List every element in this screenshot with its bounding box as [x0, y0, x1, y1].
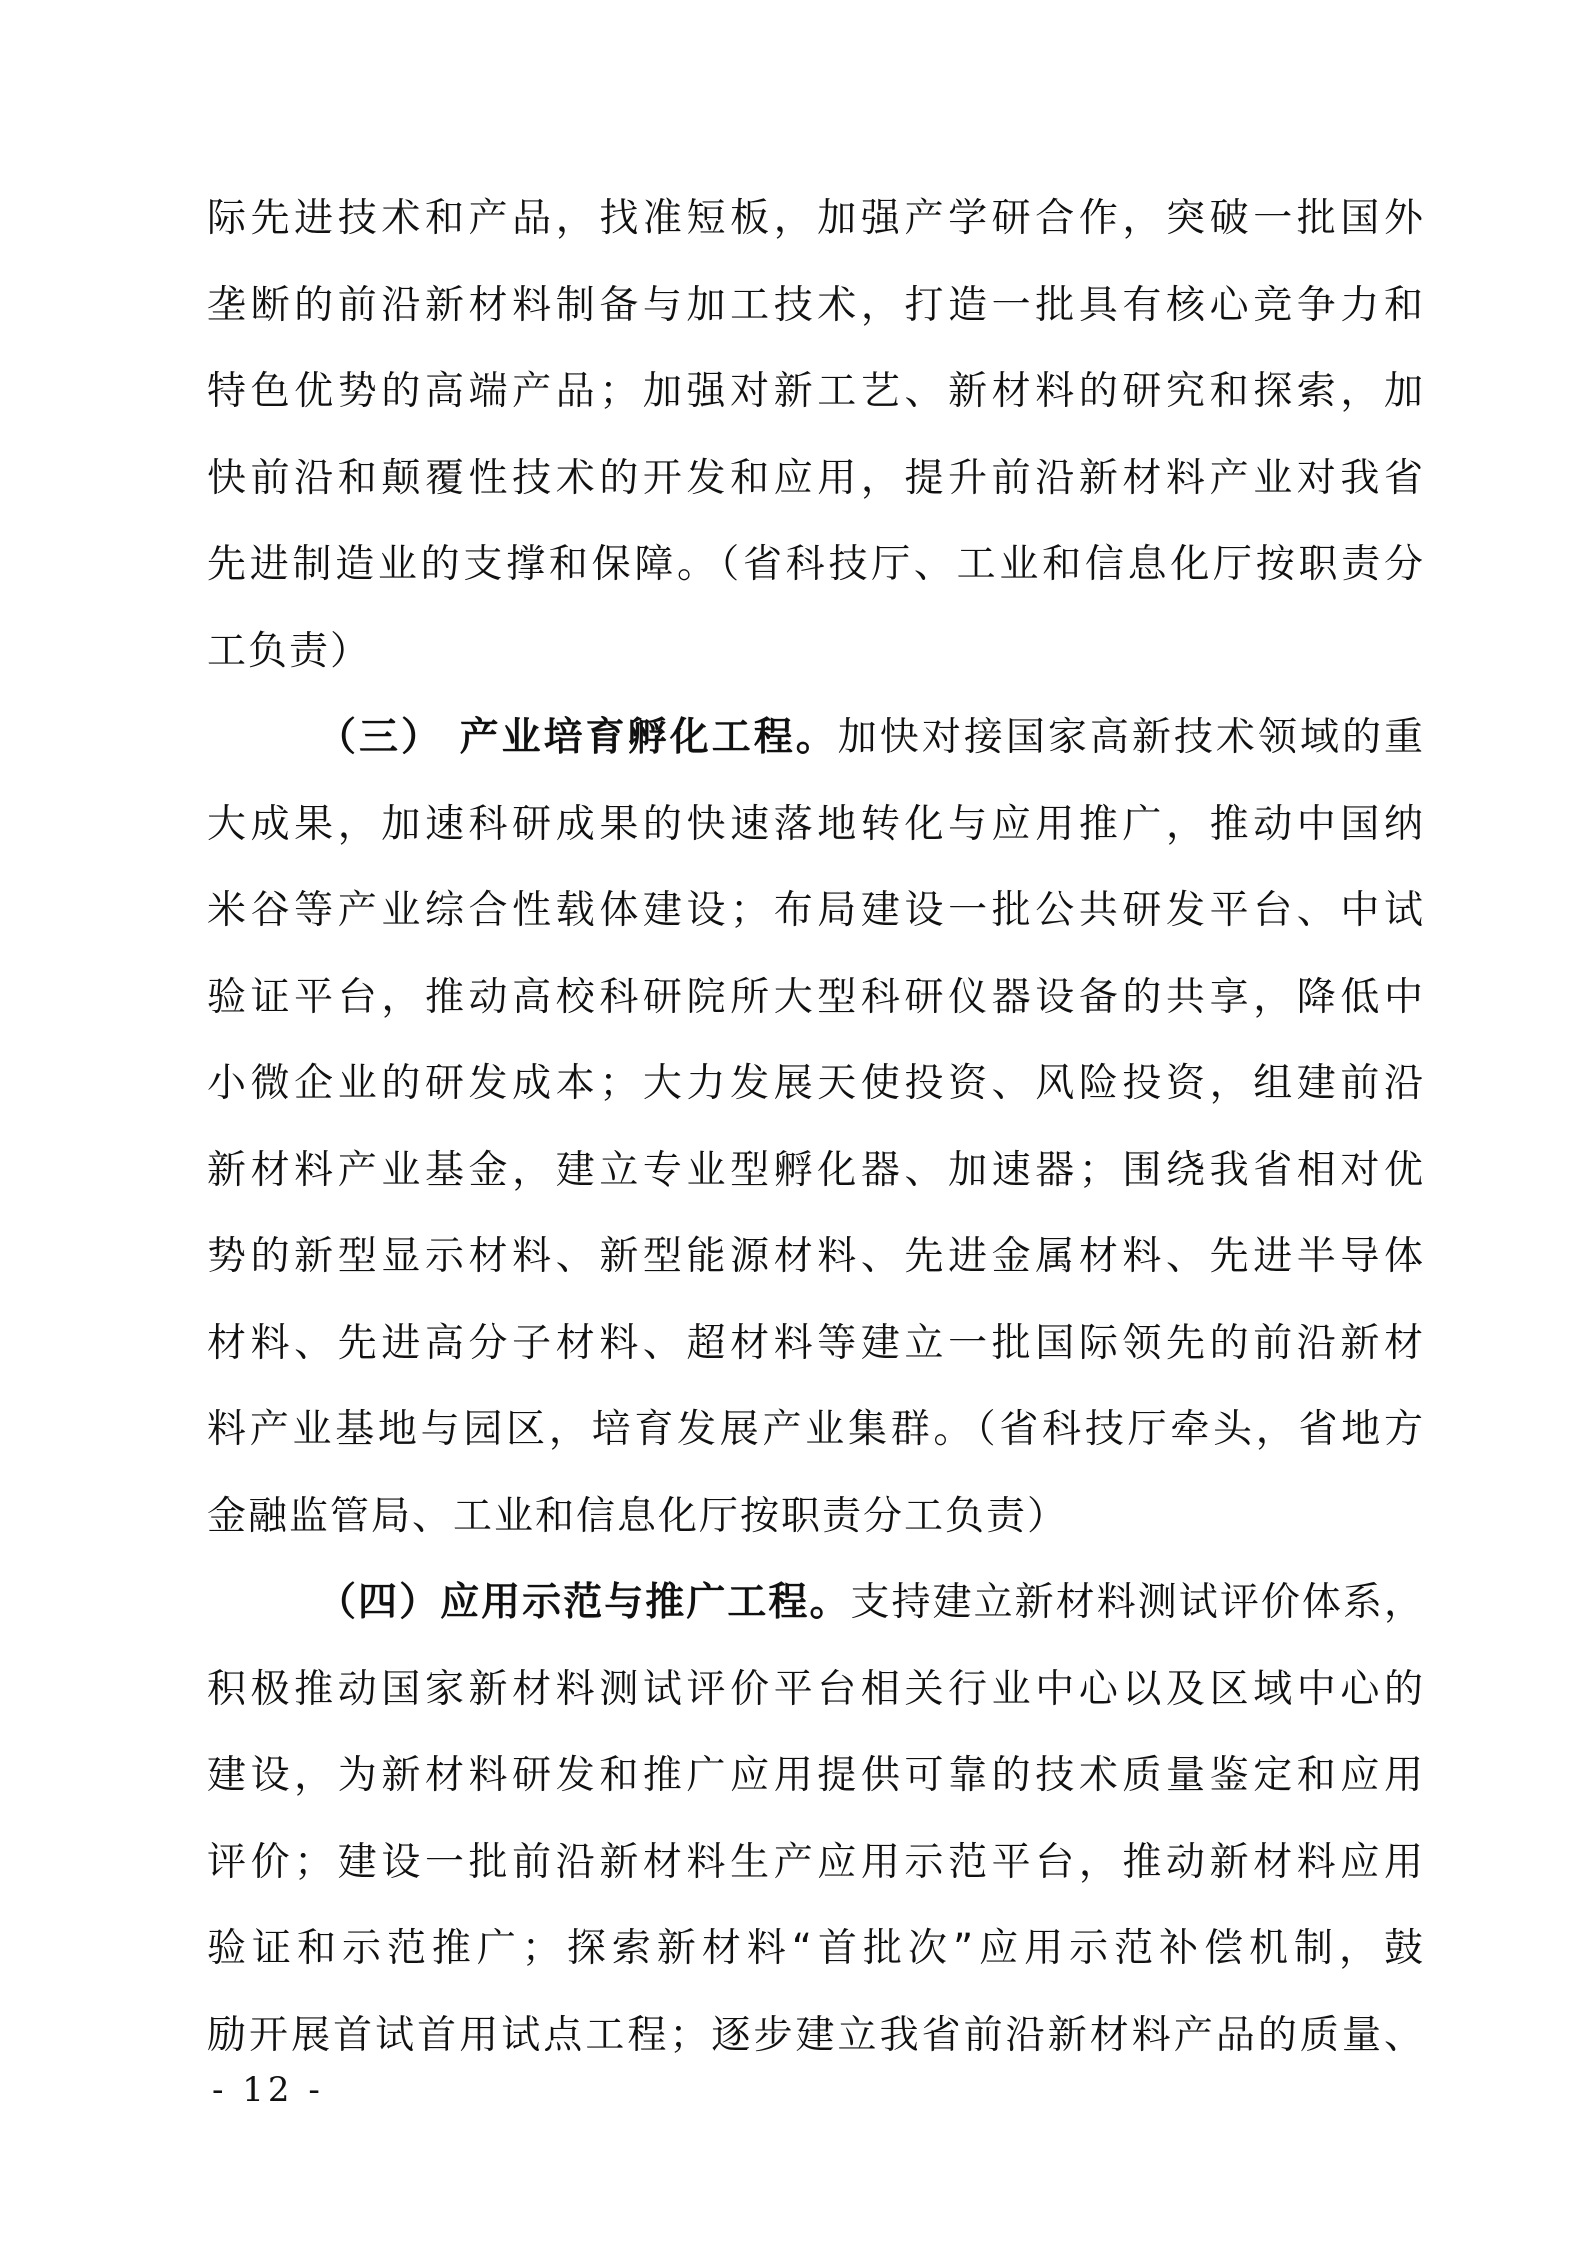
text-line: 工负责）	[207, 609, 1425, 696]
text-line: 快前沿和颠覆性技术的开发和应用，提升前沿新材料产业对我省	[207, 436, 1425, 523]
body-text: 际先进技术和产品，找准短板，加强产学研合作，突破一批国外 垄断的前沿新材料制备与…	[207, 176, 1425, 2079]
text-line: 特色优势的高端产品；加强对新工艺、新材料的研究和探索，加	[207, 349, 1425, 436]
text-fragment: 支持建立新材料测试评价体系，	[851, 1580, 1426, 1625]
text-line: 验证平台，推动高校科研院所大型科研仪器设备的共享，降低中	[207, 955, 1425, 1042]
page-number: - 12 -	[212, 2070, 324, 2110]
text-line: 势的新型显示材料、新型能源材料、先进金属材料、先进半导体	[207, 1214, 1425, 1301]
text-line: 金融监管局、工业和信息化厅按职责分工负责）	[207, 1474, 1425, 1561]
text-line: 料产业基地与园区，培育发展产业集群。（省科技厅牵头，省地方	[207, 1387, 1425, 1474]
text-line: 新材料产业基金，建立专业型孵化器、加速器；围绕我省相对优	[207, 1128, 1425, 1215]
document-page: 际先进技术和产品，找准短板，加强产学研合作，突破一批国外 垄断的前沿新材料制备与…	[0, 0, 1587, 2245]
section-heading-3: （三） 产业培育孵化工程。	[317, 715, 838, 760]
text-line: 垄断的前沿新材料制备与加工技术，打造一批具有核心竞争力和	[207, 263, 1425, 350]
text-line: 大成果，加速科研成果的快速落地转化与应用推广，推动中国纳	[207, 782, 1425, 869]
text-fragment: 加快对接国家高新技术领域的重	[838, 715, 1425, 760]
section-4-first-line: （四）应用示范与推广工程。支持建立新材料测试评价体系，	[207, 1560, 1425, 1647]
text-line: 材料、先进高分子材料、超材料等建立一批国际领先的前沿新材	[207, 1301, 1425, 1388]
text-line: 积极推动国家新材料测试评价平台相关行业中心以及区域中心的	[207, 1647, 1425, 1734]
text-line: 小微企业的研发成本；大力发展天使投资、风险投资，组建前沿	[207, 1041, 1425, 1128]
text-line: 际先进技术和产品，找准短板，加强产学研合作，突破一批国外	[207, 176, 1425, 263]
text-line: 米谷等产业综合性载体建设；布局建设一批公共研发平台、中试	[207, 868, 1425, 955]
text-line: 评价；建设一批前沿新材料生产应用示范平台，推动新材料应用	[207, 1820, 1425, 1907]
text-line: 验证和示范推广；探索新材料“首批次”应用示范补偿机制，鼓	[207, 1906, 1425, 1993]
section-3-first-line: （三） 产业培育孵化工程。加快对接国家高新技术领域的重	[207, 695, 1425, 782]
text-line: 励开展首试首用试点工程；逐步建立我省前沿新材料产品的质量、	[207, 1993, 1425, 2080]
text-line: 先进制造业的支撑和保障。（省科技厅、工业和信息化厅按职责分	[207, 522, 1425, 609]
section-heading-4: （四）应用示范与推广工程。	[317, 1580, 851, 1625]
text-line: 建设，为新材料研发和推广应用提供可靠的技术质量鉴定和应用	[207, 1733, 1425, 1820]
